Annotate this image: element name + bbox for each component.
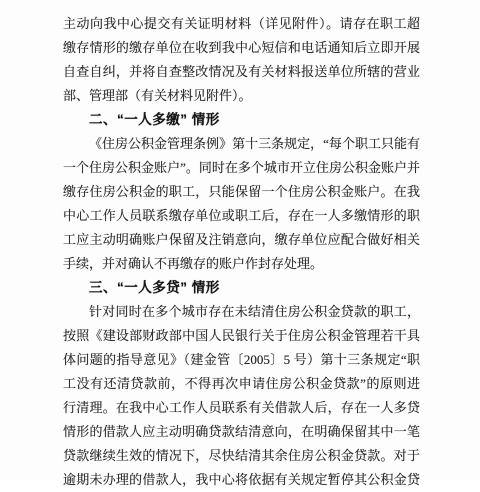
text-line: 部、管理部（有关材料见附件）。 <box>63 84 420 108</box>
document-text-block: 主动向我中心提交有关证明材料（详见附件）。请存在职工超龄 缴存情形的缴存单位在收… <box>63 12 420 480</box>
text-line: 情形的借款人应主动明确贷款结清意向，在明确保留其中一笔 <box>63 420 420 444</box>
section-heading-duo-jiao: 二、“一人多缴” 情形 <box>63 108 420 132</box>
text-line: 缴存住房公积金的职工，只能保留一个住房公积金账户。在我 <box>63 180 420 204</box>
text-line-clipped: 逾期未办理的借款人，我中心将依据有关规定暂停其公积金贷 <box>63 468 420 480</box>
section-heading-duo-dai: 三、“一人多贷” 情形 <box>63 276 420 300</box>
text-line: 工没有还清贷款前，不得再次申请住房公积金贷款”的原则进 <box>63 372 420 396</box>
text-line: 自查自纠，并将自查整改情况及有关材料报送单位所辖的营业 <box>63 60 420 84</box>
text-line: 主动向我中心提交有关证明材料（详见附件）。请存在职工超龄 <box>63 12 420 36</box>
text-line: 体问题的指导意见》（建金管〔2005〕5 号）第十三条规定“职 <box>63 348 420 372</box>
text-line: 一个住房公积金账户”。同时在多个城市开立住房公积金账户并 <box>63 156 420 180</box>
text-line: 《住房公积金管理条例》第十三条规定，“每个职工只能有 <box>63 132 420 156</box>
document-page: 主动向我中心提交有关证明材料（详见附件）。请存在职工超龄 缴存情形的缴存单位在收… <box>0 0 480 480</box>
text-line: 工应主动明确账户保留及注销意向，缴存单位应配合做好相关 <box>63 228 420 252</box>
text-line: 贷款继续生效的情况下，尽快结清其余住房公积金贷款。对于 <box>63 444 420 468</box>
text-line: 手续，并对确认不再缴存的账户作封存处理。 <box>63 252 420 276</box>
text-line: 针对同时在多个城市存在未结清住房公积金贷款的职工， <box>63 300 420 324</box>
text-line: 按照《建设部财政部中国人民银行关于住房公积金管理若干具 <box>63 324 420 348</box>
text-line: 缴存情形的缴存单位在收到我中心短信和电话通知后立即开展 <box>63 36 420 60</box>
text-line: 中心工作人员联系缴存单位或职工后，存在一人多缴情形的职 <box>63 204 420 228</box>
text-line: 行清理。在我中心工作人员联系有关借款人后，存在一人多贷 <box>63 396 420 420</box>
